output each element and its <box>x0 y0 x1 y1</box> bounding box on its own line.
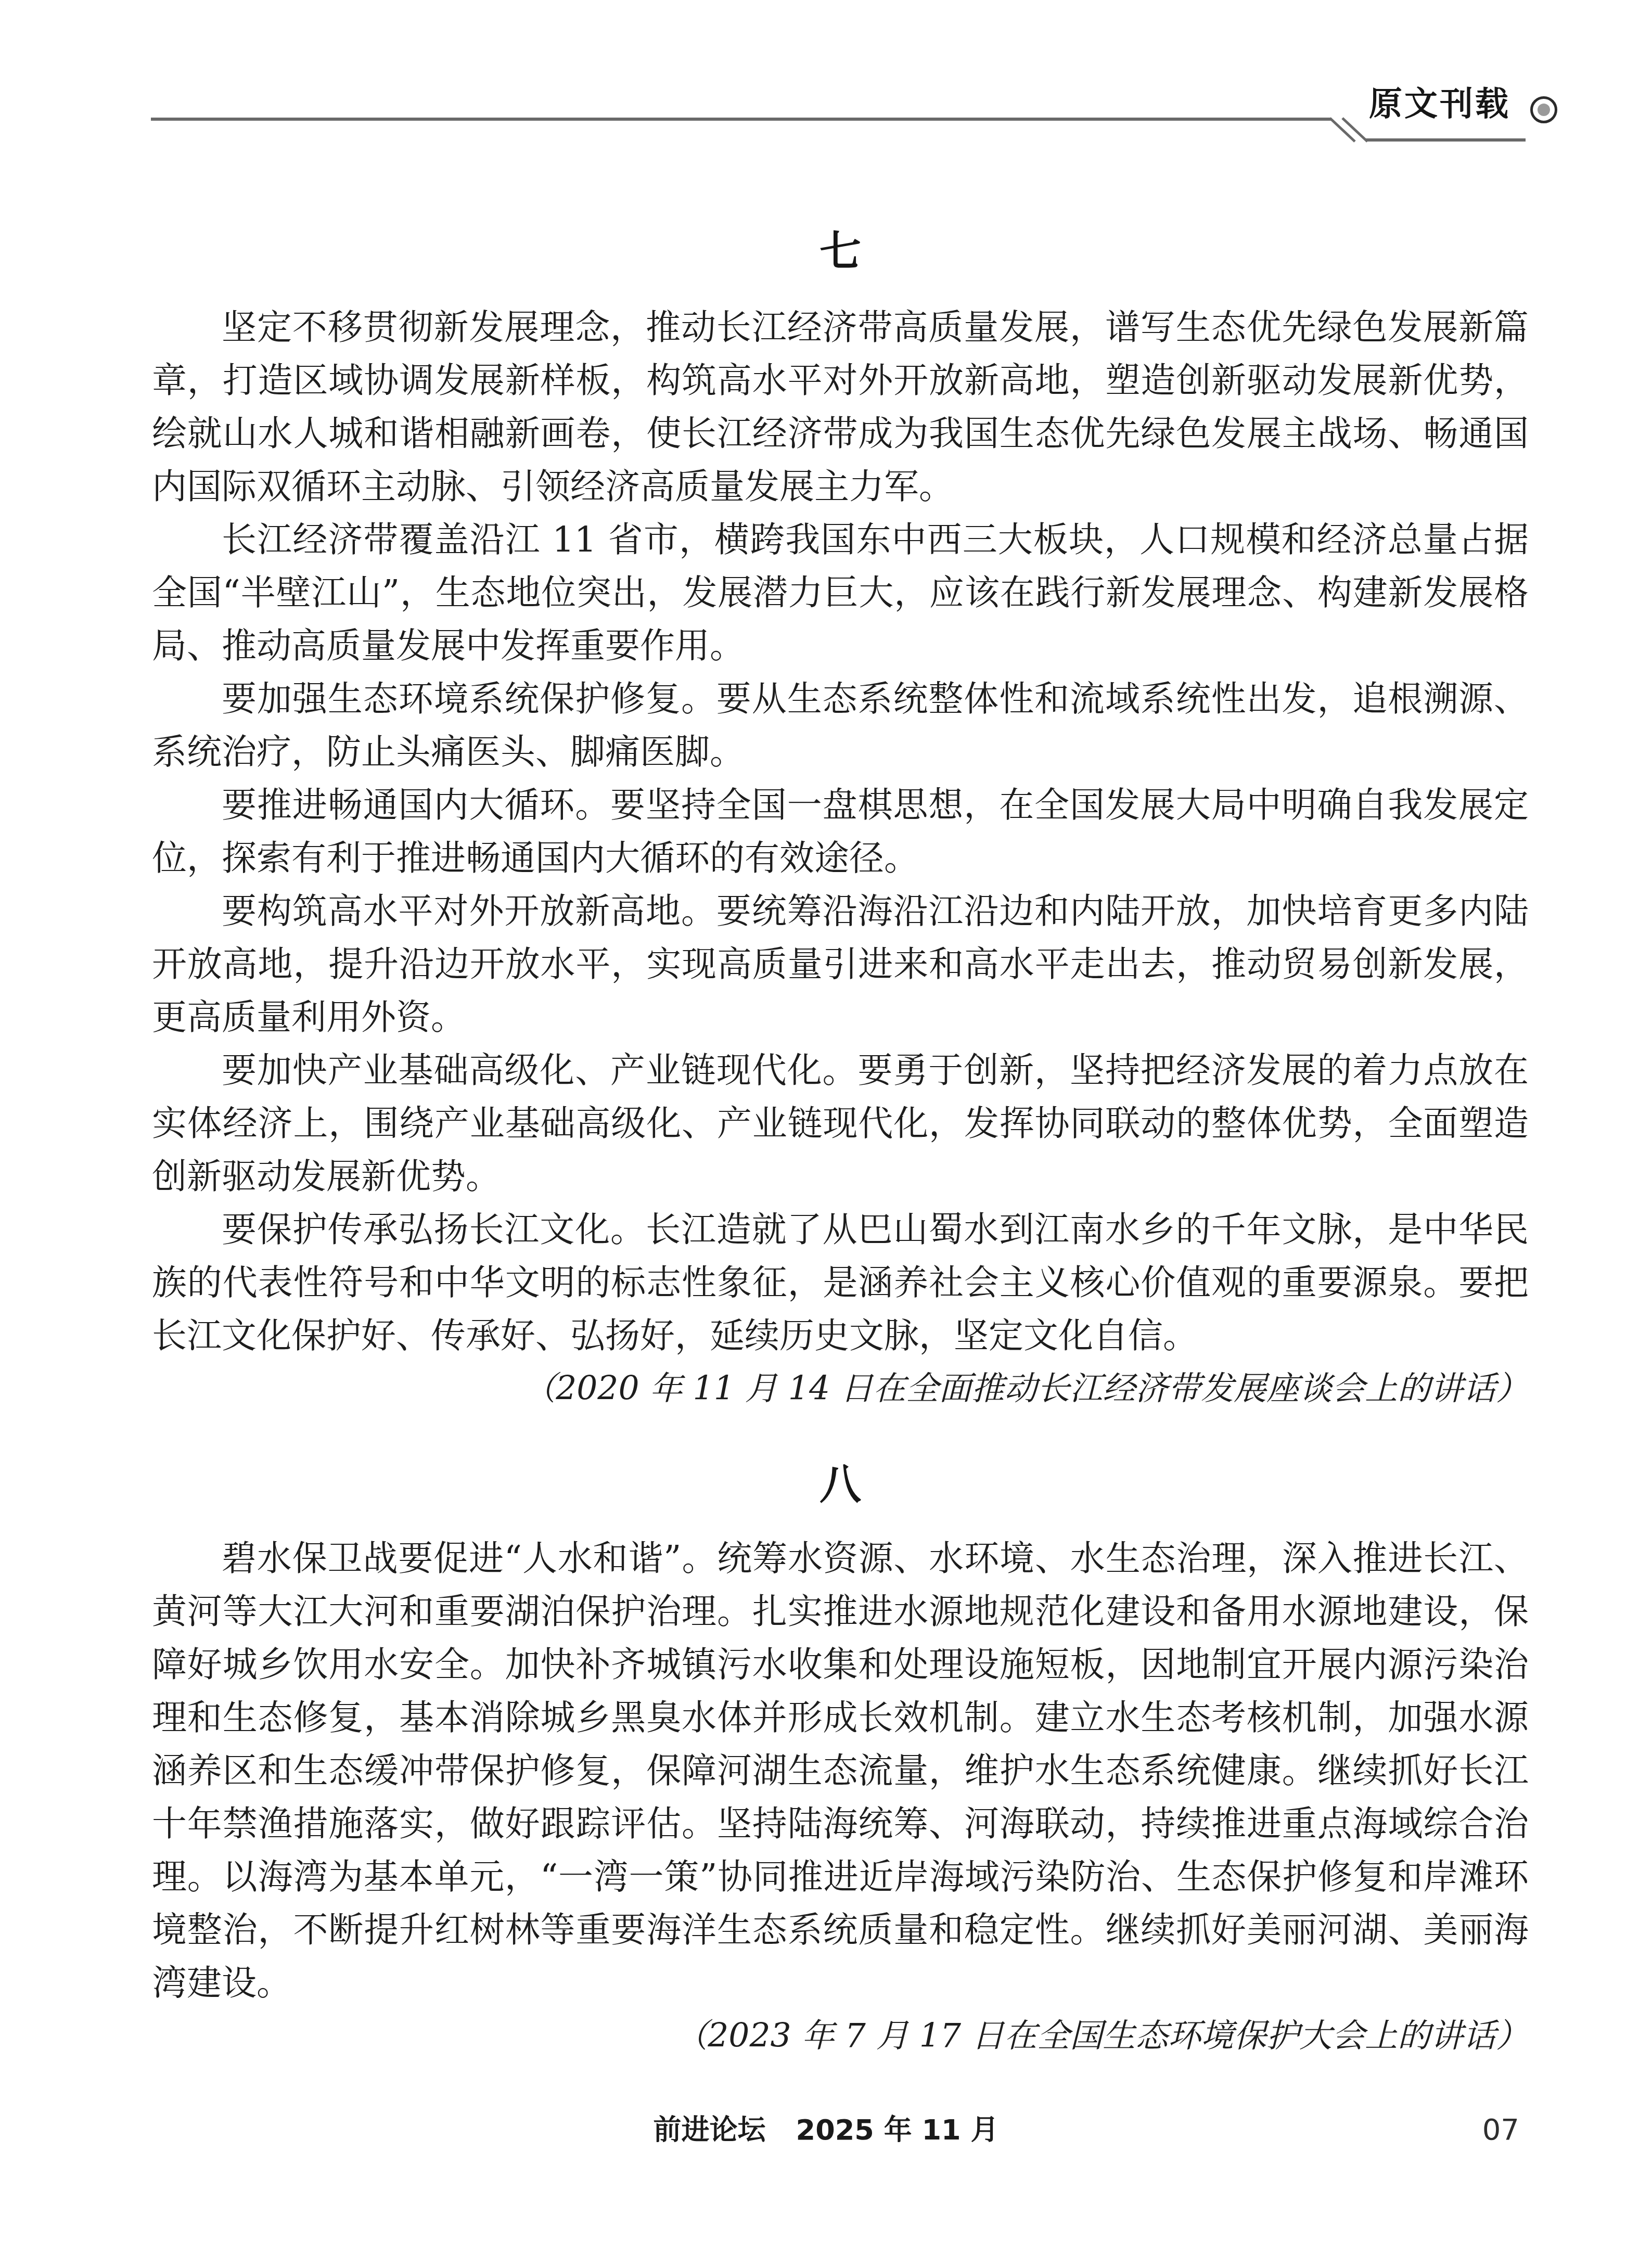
paragraph: 要构筑高水平对外开放新高地。要统筹沿海沿江沿边和内陆开放，加快培育更多内陆开放高… <box>152 885 1529 1044</box>
section-seven: 七 坚定不移贯彻新发展理念，推动长江经济带高质量发展，谱写生态优先绿色发展新篇章… <box>152 230 1529 1415</box>
page: 原文刊载 七 坚定不移贯彻新发展理念，推动长江经济带高质量发展，谱写生态优先绿色… <box>0 0 1652 2242</box>
citation: （2020 年 11 月 14 日在全面推动长江经济带发展座谈会上的讲话） <box>152 1362 1529 1415</box>
paragraph: 碧水保卫战要促进“人水和谐”。统筹水资源、水环境、水生态治理，深入推进长江、黄河… <box>152 1532 1529 2009</box>
page-footer: 前进论坛2025 年 11 月 07 <box>0 2113 1652 2150</box>
citation: （2023 年 7 月 17 日在全国生态环境保护大会上的讲话） <box>152 2009 1529 2062</box>
footer-journal-line: 前进论坛2025 年 11 月 <box>0 2113 1652 2147</box>
target-circle-icon <box>1530 96 1557 123</box>
paragraph: 坚定不移贯彻新发展理念，推动长江经济带高质量发展，谱写生态优先绿色发展新篇章，打… <box>152 301 1529 513</box>
section-eight-number: 八 <box>152 1463 1529 1505</box>
article-body: 七 坚定不移贯彻新发展理念，推动长江经济带高质量发展，谱写生态优先绿色发展新篇章… <box>152 219 1529 2062</box>
paragraph: 要推进畅通国内大循环。要坚持全国一盘棋思想，在全国发展大局中明确自我发展定位，探… <box>152 778 1529 885</box>
paragraph: 长江经济带覆盖沿江 11 省市，横跨我国东中西三大板块，人口规模和经济总量占据全… <box>152 513 1529 672</box>
issue-date: 2025 年 11 月 <box>796 2113 999 2146</box>
section-eight: 八 碧水保卫战要促进“人水和谐”。统筹水资源、水环境、水生态治理，深入推进长江、… <box>152 1463 1529 2062</box>
paragraph: 要加强生态环境系统保护修复。要从生态系统整体性和流域系统性出发，追根溯源、系统治… <box>152 672 1529 778</box>
target-circle-dot <box>1538 104 1550 116</box>
journal-name: 前进论坛 <box>654 2113 766 2146</box>
header-label: 原文刊载 <box>1369 87 1510 121</box>
page-number: 07 <box>1482 2113 1519 2147</box>
paragraph: 要加快产业基础高级化、产业链现代化。要勇于创新，坚持把经济发展的着力点放在实体经… <box>152 1044 1529 1203</box>
paragraph: 要保护传承弘扬长江文化。长江造就了从巴山蜀水到江南水乡的千年文脉，是中华民族的代… <box>152 1203 1529 1362</box>
section-seven-number: 七 <box>152 230 1529 272</box>
